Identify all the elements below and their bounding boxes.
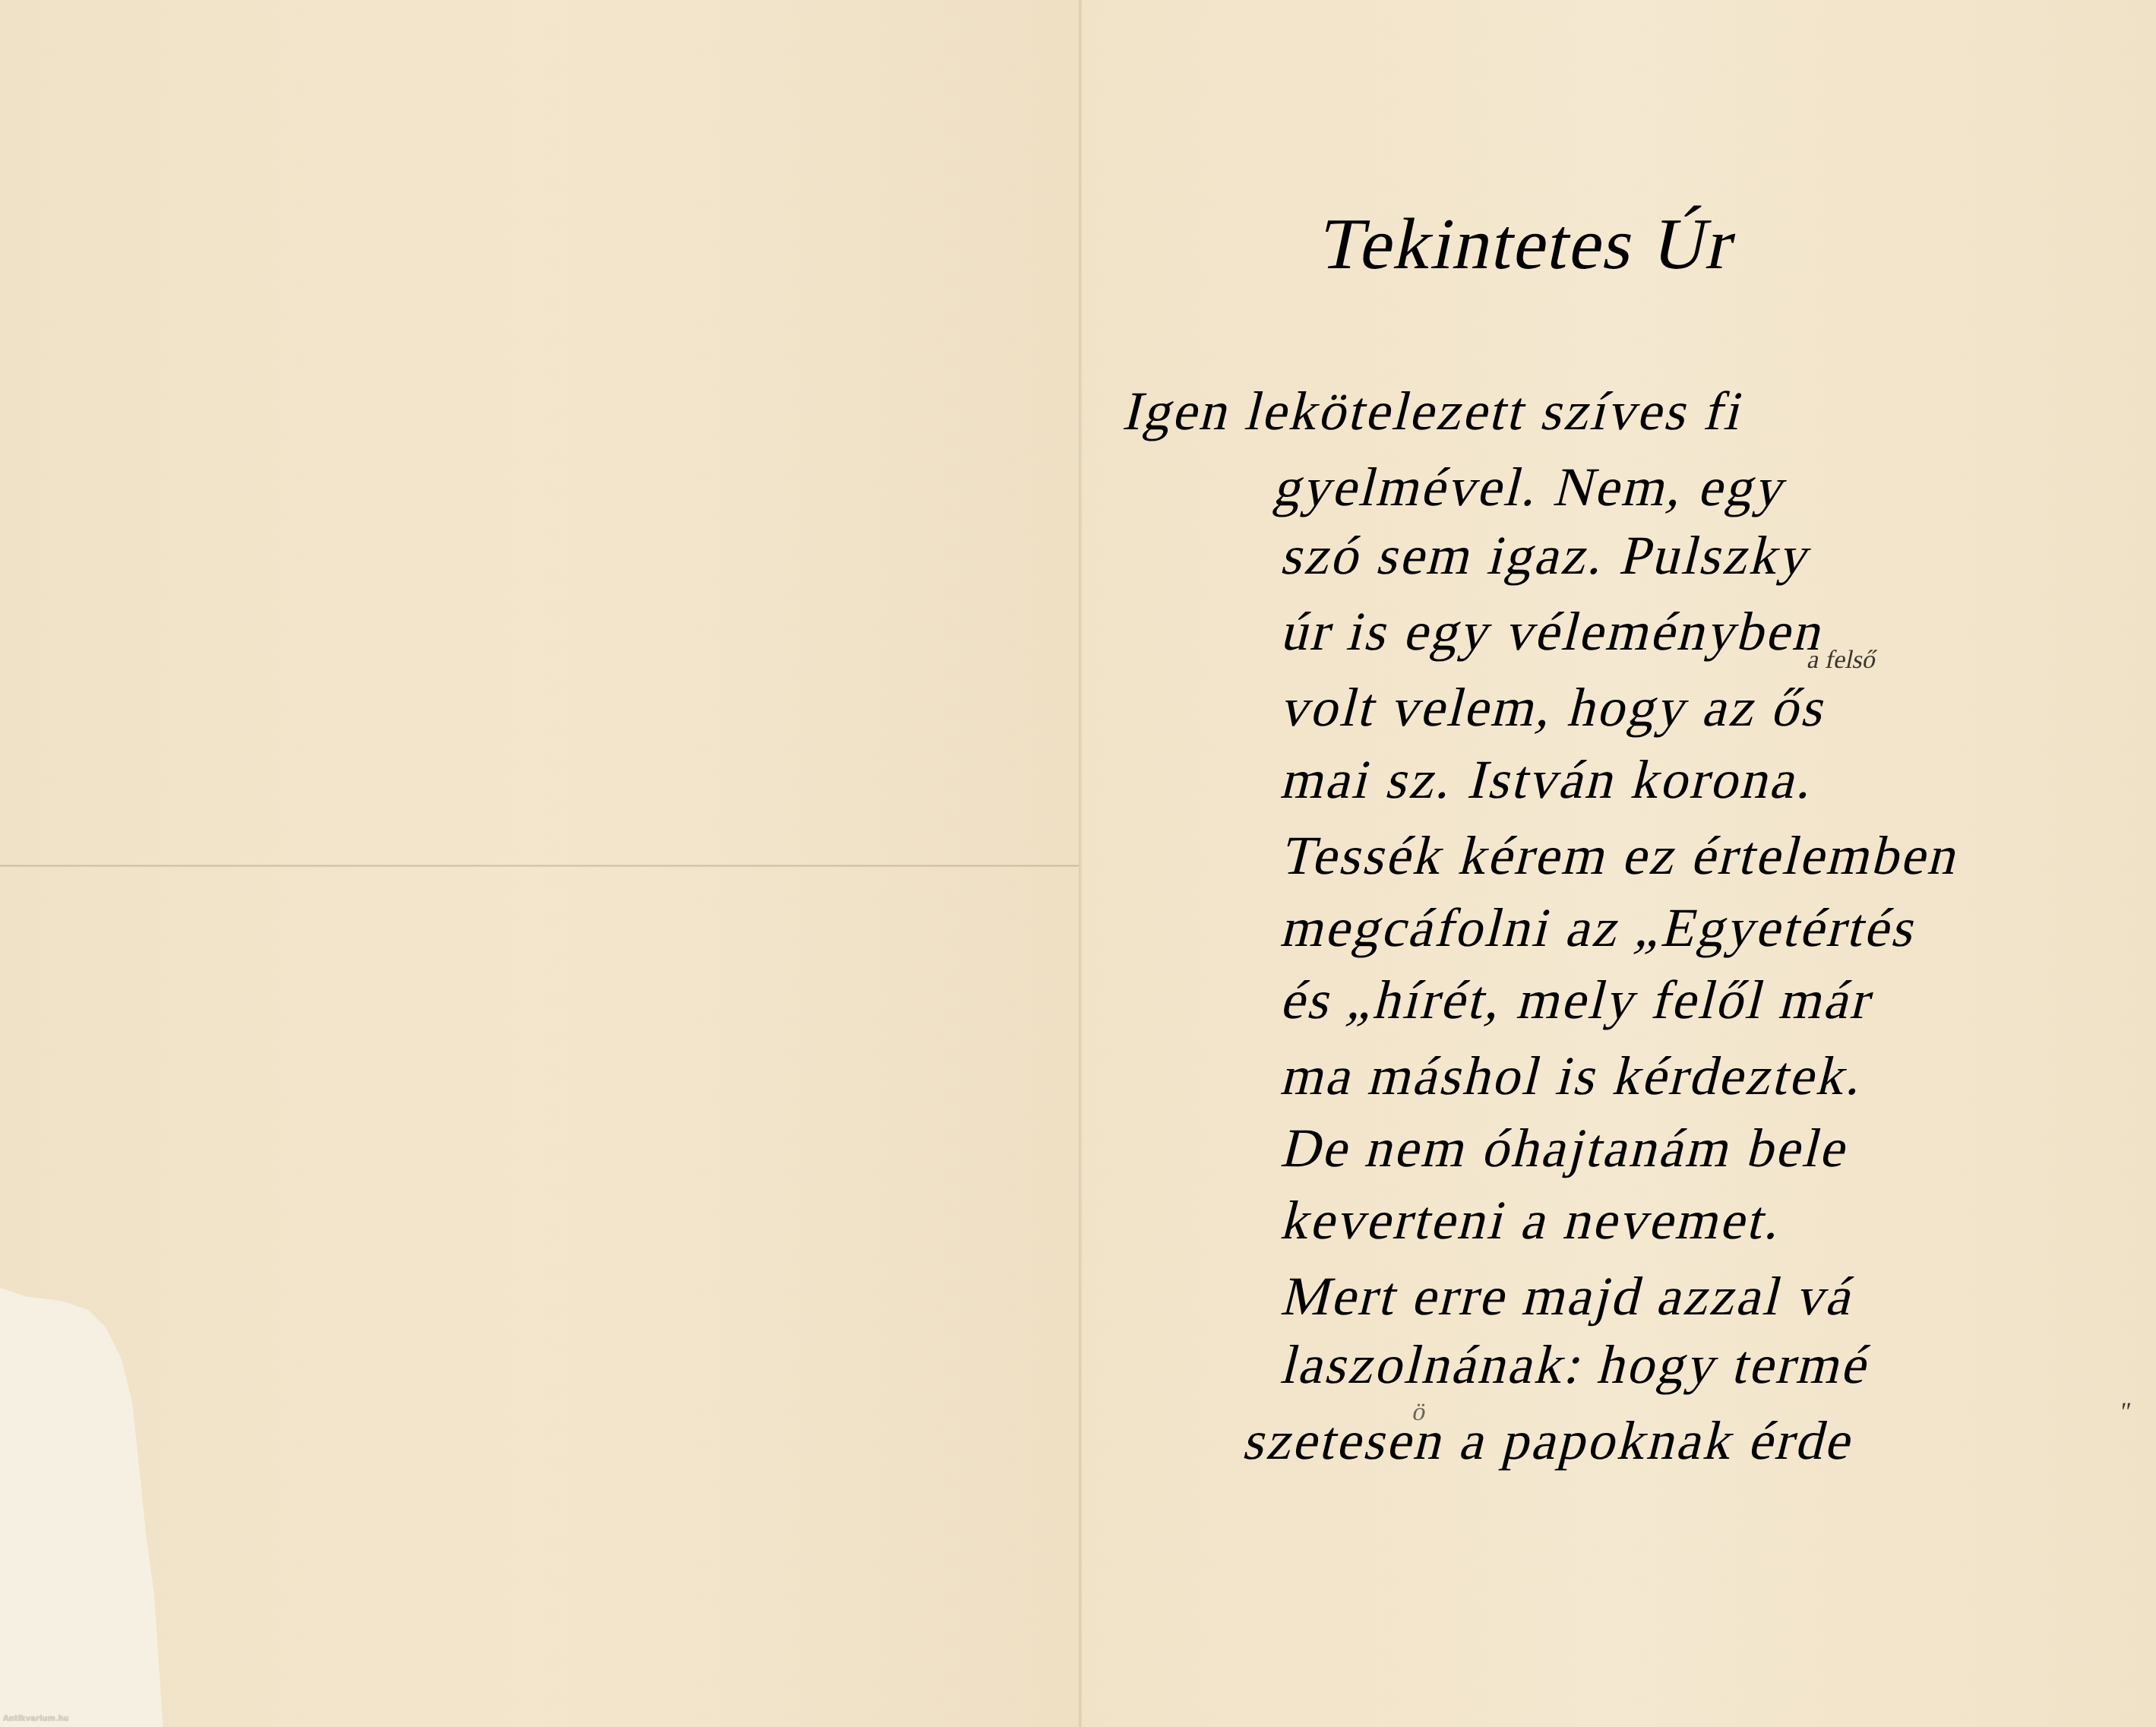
salutation: Tekintetes Úr xyxy=(1313,201,1744,286)
letter-line-9: és „hírét, mely felől már xyxy=(1276,969,1882,1032)
letter-line-11: De nem óhajtanám bele xyxy=(1276,1117,1857,1180)
letter-line-2: gyelmével. Nem, egy xyxy=(1269,456,1795,519)
letter-line-13: Mert erre majd azzal vá xyxy=(1276,1265,1864,1328)
watermark: Antikvarium.hu xyxy=(3,1715,69,1723)
letter-line-6: mai sz. István korona. xyxy=(1276,748,1824,811)
horizontal-fold-crease xyxy=(0,865,1079,867)
letter-line-1: Igen lekötelezett szíves fi xyxy=(1118,380,1753,443)
letter-line-7: Tessék kérem ez értelemben xyxy=(1276,824,1968,887)
left-page-blank xyxy=(0,0,1080,1727)
letter-line-15: szetesen a papoknak érde xyxy=(1238,1409,1863,1472)
letter-line-10: ma máshol is kérdeztek. xyxy=(1276,1045,1873,1108)
letter-line-12: keverteni a nevemet. xyxy=(1276,1189,1791,1252)
letter-sheet: Tekintetes Úr Igen lekötelezett szíves f… xyxy=(0,0,2156,1727)
letter-line-8: megcáfolni az „Egyetértés xyxy=(1276,897,1926,960)
insertion-a-felso: a felső xyxy=(1805,646,1879,675)
letter-line-5: volt velem, hogy az ős xyxy=(1276,676,1836,739)
letter-line-14: laszolnának: hogy termé xyxy=(1276,1333,1879,1396)
letter-line-4: úr is egy véleményben xyxy=(1276,600,1833,663)
letter-line-3: szó sem igaz. Pulszky xyxy=(1276,524,1820,587)
